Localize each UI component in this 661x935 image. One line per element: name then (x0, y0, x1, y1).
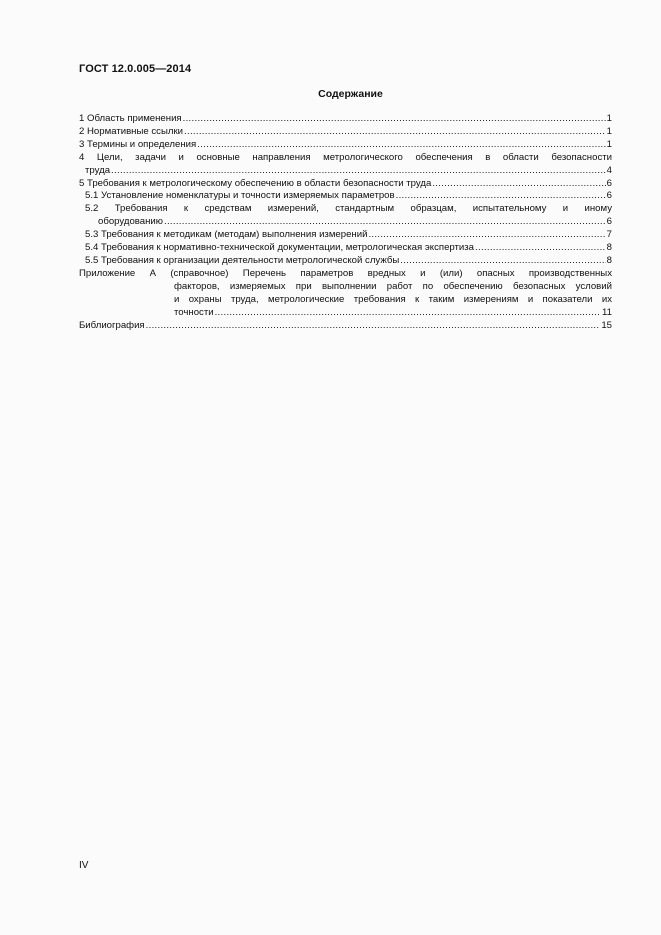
toc-entry-5-5[interactable]: 5.5 Требования к организации деятельност… (79, 255, 612, 268)
page-title: Содержание (0, 88, 661, 100)
toc-entry-5[interactable]: 5 Требования к метрологическому обеспече… (79, 178, 612, 191)
toc-entry-appendix-a[interactable]: Приложение А (справочное) Перечень парам… (79, 268, 612, 320)
table-of-contents: 1 Область применения1 2 Нормативные ссыл… (79, 113, 612, 332)
toc-entry-5-1[interactable]: 5.1 Установление номенклатуры и точности… (79, 190, 612, 203)
toc-entry-5-3[interactable]: 5.3 Требования к методикам (методам) вып… (79, 229, 612, 242)
toc-entry-3[interactable]: 3 Термины и определения1 (79, 139, 612, 152)
page-number: IV (79, 860, 88, 871)
document-header: ГОСТ 12.0.005—2014 (79, 63, 191, 75)
toc-entry-2[interactable]: 2 Нормативные ссылки1 (79, 126, 612, 139)
toc-entry-bibliography[interactable]: Библиография15 (79, 320, 612, 333)
toc-entry-5-2[interactable]: 5.2 Требования к средствам измерений, ст… (79, 203, 612, 229)
toc-entry-5-4[interactable]: 5.4 Требования к нормативно-технической … (79, 242, 612, 255)
toc-entry-1[interactable]: 1 Область применения1 (79, 113, 612, 126)
toc-entry-4[interactable]: 4 Цели, задачи и основные направления ме… (79, 152, 612, 178)
